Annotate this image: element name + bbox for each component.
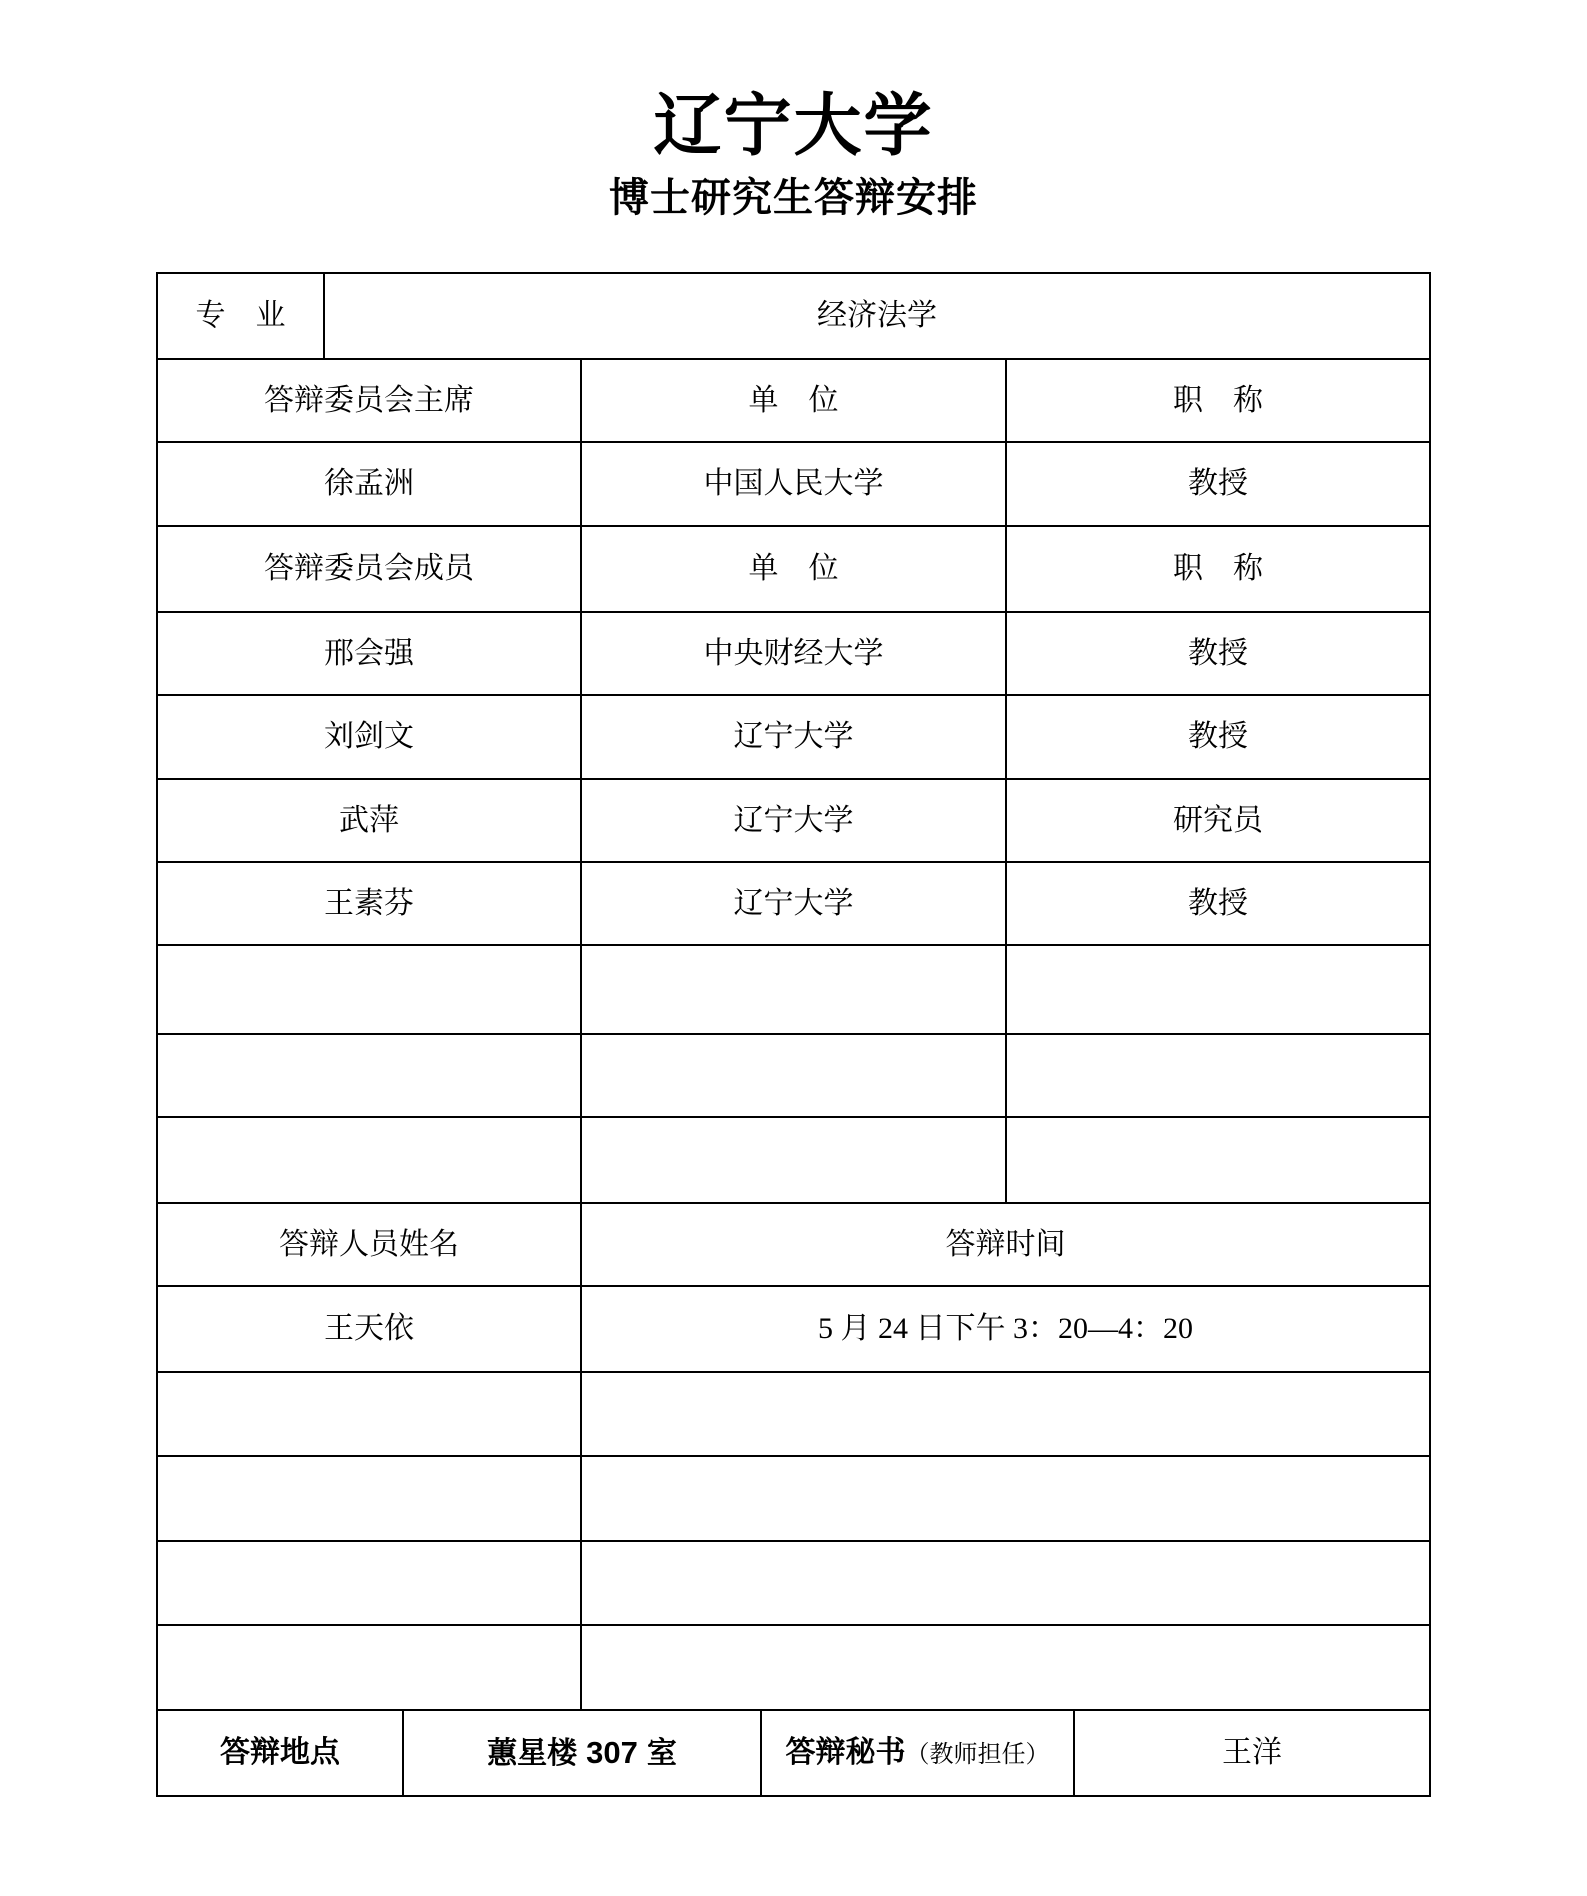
chair-title-header-cell: 职 称 bbox=[1006, 359, 1430, 442]
member-name-cell: 刘剑文 bbox=[157, 695, 581, 779]
chair-row: 徐孟洲 中国人民大学 教授 bbox=[157, 442, 1430, 526]
member-unit-cell: 中央财经大学 bbox=[581, 612, 1006, 695]
major-label-cell: 专 业 bbox=[157, 273, 324, 359]
defense-time-cell: 5 月 24 日下午 3：20—4：20 bbox=[581, 1286, 1430, 1372]
secretary-name-cell: 王洋 bbox=[1074, 1710, 1430, 1796]
member-row-empty bbox=[157, 945, 1430, 1034]
defense-row-empty bbox=[157, 1625, 1430, 1710]
members-title-header-cell: 职 称 bbox=[1006, 526, 1430, 612]
member-title-cell: 教授 bbox=[1006, 612, 1430, 695]
member-unit-cell bbox=[581, 1117, 1006, 1203]
secretary-label-cell: 答辩秘书（教师担任） bbox=[761, 1710, 1074, 1796]
member-name-cell bbox=[157, 1117, 581, 1203]
chair-unit-cell: 中国人民大学 bbox=[581, 442, 1006, 526]
member-row: 邢会强 中央财经大学 教授 bbox=[157, 612, 1430, 695]
defense-schedule-table: 专 业 经济法学 答辩委员会主席 单 位 职 称 徐孟洲 中国人民大学 教授 答… bbox=[156, 272, 1431, 1797]
chair-unit-header-cell: 单 位 bbox=[581, 359, 1006, 442]
defense-row-empty bbox=[157, 1541, 1430, 1625]
members-unit-header-cell: 单 位 bbox=[581, 526, 1006, 612]
member-unit-cell: 辽宁大学 bbox=[581, 695, 1006, 779]
member-row: 刘剑文 辽宁大学 教授 bbox=[157, 695, 1430, 779]
page-subtitle: 博士研究生答辩安排 bbox=[0, 178, 1587, 218]
major-row: 专 业 经济法学 bbox=[157, 273, 1430, 359]
defense-time-cell bbox=[581, 1625, 1430, 1710]
location-label-cell: 答辩地点 bbox=[157, 1710, 403, 1796]
member-name-cell bbox=[157, 945, 581, 1034]
member-name-cell: 王素芬 bbox=[157, 862, 581, 945]
chair-role-header-cell: 答辩委员会主席 bbox=[157, 359, 581, 442]
member-row-empty bbox=[157, 1117, 1430, 1203]
member-title-cell: 教授 bbox=[1006, 862, 1430, 945]
document-header: 辽宁大学 博士研究生答辩安排 bbox=[0, 92, 1587, 218]
defense-row: 王天依 5 月 24 日下午 3：20—4：20 bbox=[157, 1286, 1430, 1372]
chair-name-cell: 徐孟洲 bbox=[157, 442, 581, 526]
defense-row-empty bbox=[157, 1372, 1430, 1456]
candidate-name-cell: 王天依 bbox=[157, 1286, 581, 1372]
member-row: 武萍 辽宁大学 研究员 bbox=[157, 779, 1430, 862]
members-role-header-cell: 答辩委员会成员 bbox=[157, 526, 581, 612]
candidate-name-cell bbox=[157, 1372, 581, 1456]
member-unit-cell bbox=[581, 945, 1006, 1034]
member-title-cell bbox=[1006, 945, 1430, 1034]
location-value-cell: 蕙星楼307室 bbox=[403, 1710, 761, 1796]
candidate-name-cell bbox=[157, 1625, 581, 1710]
defense-time-cell bbox=[581, 1456, 1430, 1541]
major-value-cell: 经济法学 bbox=[324, 273, 1430, 359]
candidate-name-cell bbox=[157, 1541, 581, 1625]
venue-prefix: 蕙星楼 bbox=[487, 1737, 577, 1770]
footer-row: 答辩地点 蕙星楼307室 答辩秘书（教师担任） 王洋 bbox=[157, 1710, 1430, 1796]
secretary-label: 答辩秘书 bbox=[786, 1736, 906, 1769]
defense-header-row: 答辩人员姓名 答辩时间 bbox=[157, 1203, 1430, 1286]
candidate-name-cell bbox=[157, 1456, 581, 1541]
defense-row-empty bbox=[157, 1456, 1430, 1541]
member-name-cell: 邢会强 bbox=[157, 612, 581, 695]
defense-time-cell bbox=[581, 1372, 1430, 1456]
member-unit-cell bbox=[581, 1034, 1006, 1117]
defense-name-header-cell: 答辩人员姓名 bbox=[157, 1203, 581, 1286]
member-row-empty bbox=[157, 1034, 1430, 1117]
member-unit-cell: 辽宁大学 bbox=[581, 779, 1006, 862]
member-row: 王素芬 辽宁大学 教授 bbox=[157, 862, 1430, 945]
member-name-cell: 武萍 bbox=[157, 779, 581, 862]
member-name-cell bbox=[157, 1034, 581, 1117]
page-title: 辽宁大学 bbox=[0, 92, 1587, 160]
defense-time-header-cell: 答辩时间 bbox=[581, 1203, 1430, 1286]
member-unit-cell: 辽宁大学 bbox=[581, 862, 1006, 945]
member-title-cell bbox=[1006, 1034, 1430, 1117]
secretary-note: （教师担任） bbox=[906, 1742, 1050, 1768]
defense-time-cell bbox=[581, 1541, 1430, 1625]
chair-title-cell: 教授 bbox=[1006, 442, 1430, 526]
venue-number: 307 bbox=[586, 1735, 638, 1770]
chair-header-row: 答辩委员会主席 单 位 职 称 bbox=[157, 359, 1430, 442]
member-title-cell bbox=[1006, 1117, 1430, 1203]
member-title-cell: 研究员 bbox=[1006, 779, 1430, 862]
venue-suffix: 室 bbox=[647, 1737, 677, 1770]
member-title-cell: 教授 bbox=[1006, 695, 1430, 779]
members-header-row: 答辩委员会成员 单 位 职 称 bbox=[157, 526, 1430, 612]
